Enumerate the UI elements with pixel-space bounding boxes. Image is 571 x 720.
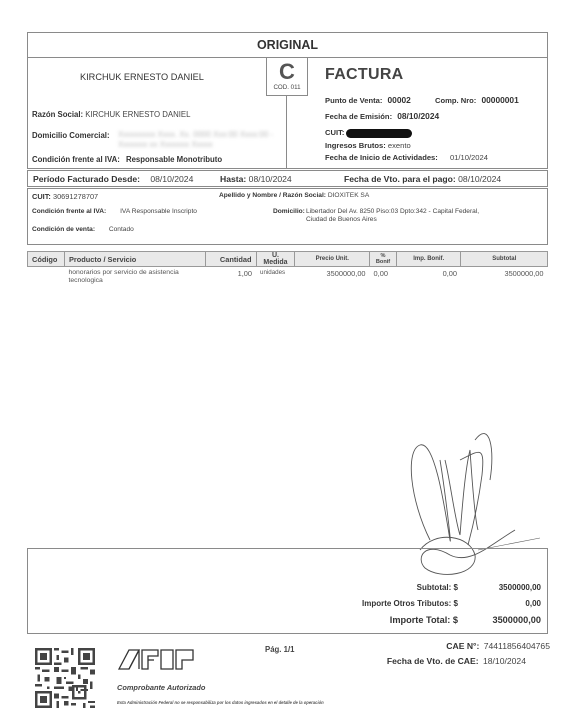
total-value: 3500000,00 xyxy=(492,615,541,625)
period-hasta-value: 08/10/2024 xyxy=(249,174,292,184)
cae-vto: Fecha de Vto. de CAE: 18/10/2024 xyxy=(387,656,526,666)
item-precio: 3500000,00 xyxy=(295,267,370,288)
invoice-letter: C xyxy=(267,59,307,85)
period-desde: Período Facturado Desde: 08/10/2024 xyxy=(33,174,193,184)
punto-venta-value: 00002 xyxy=(388,95,411,105)
client-nombre-value: DIOXITEK SA xyxy=(328,192,369,199)
otros-tributos-value: 0,00 xyxy=(525,599,541,608)
client-cuit: CUIT: 30691278707 xyxy=(32,192,98,201)
client-cuit-value: 30691278707 xyxy=(53,192,98,201)
period-vto-label: Fecha de Vto. para el pago: xyxy=(344,174,456,184)
client-iva: Condición frente al IVA: IVA Responsable… xyxy=(32,208,197,215)
punto-venta: Punto de Venta: 00002 xyxy=(325,95,411,105)
item-subtotal: 3500000,00 xyxy=(461,267,548,288)
copy-type-title: ORIGINAL xyxy=(28,38,547,52)
period-hasta-label: Hasta: xyxy=(220,174,246,184)
issuer-iva-label: Condición frente al IVA: xyxy=(32,155,120,164)
col-unidad: U. Medida xyxy=(256,252,295,267)
col-precio: Precio Unit. xyxy=(295,252,370,267)
col-bonif-pct: % Bonif xyxy=(370,252,397,267)
comp-nro-label: Comp. Nro: xyxy=(435,96,476,105)
total-label: Importe Total: $ xyxy=(390,615,458,625)
qr-code xyxy=(35,648,95,708)
item-unidad: unidades xyxy=(256,267,295,288)
domicilio-comercial-redacted-2: Xxxxxxx xx Xxxxxxx Xxxxx xyxy=(118,140,213,149)
cae-label: CAE N°: xyxy=(446,641,479,651)
client-domicilio-line1: Libertador Del Av. 8250 Piso:03 Dpto:342… xyxy=(306,208,479,215)
item-bonif-pct: 0,00 xyxy=(370,267,397,288)
issuer-razon-social: Razón Social: KIRCHUK ERNESTO DANIEL xyxy=(32,110,190,119)
table-row: honorarios por servicio de asistencia te… xyxy=(28,267,548,288)
items-table: Código Producto / Servicio Cantidad U. M… xyxy=(27,251,548,287)
col-codigo: Código xyxy=(28,252,65,267)
item-bonif-imp: 0,00 xyxy=(396,267,460,288)
period-bar: Período Facturado Desde: 08/10/2024 Hast… xyxy=(27,170,548,187)
issuer-cuit: CUIT: xyxy=(325,128,412,138)
punto-venta-label: Punto de Venta: xyxy=(325,96,382,105)
invoice-code: COD. 011 xyxy=(267,84,307,91)
cae-vto-label: Fecha de Vto. de CAE: xyxy=(387,656,479,666)
client-iva-value: IVA Responsable Inscripto xyxy=(120,208,197,215)
cae-number: CAE N°: 74411856404765 xyxy=(446,641,550,651)
issuer-cuit-redacted xyxy=(346,129,412,138)
col-subtotal: Subtotal xyxy=(461,252,548,267)
item-codigo xyxy=(28,267,65,288)
comprobante-autorizado: Comprobante Autorizado xyxy=(117,683,205,692)
item-producto: honorarios por servicio de asistencia te… xyxy=(64,267,205,288)
afip-logo xyxy=(117,648,195,670)
client-nombre: Apellido y Nombre / Razón Social: DIOXIT… xyxy=(219,192,369,199)
client-domicilio-label: Domicilio: xyxy=(273,208,305,215)
invoice-letter-box: C COD. 011 xyxy=(266,57,308,96)
period-hasta: Hasta: 08/10/2024 xyxy=(220,174,292,184)
razon-social-value: KIRCHUK ERNESTO DANIEL xyxy=(85,110,190,119)
period-desde-value: 08/10/2024 xyxy=(150,174,193,184)
subtotal-value: 3500000,00 xyxy=(499,583,541,592)
col-cantidad: Cantidad xyxy=(205,252,256,267)
afip-disclaimer: Esta Administración Federal no se respon… xyxy=(117,700,324,705)
domicilio-comercial-redacted-1: Xxxxxxxxx Xxxx. Xx. 0000 Xxx:00 Xxxx:00 … xyxy=(118,130,273,139)
item-cantidad: 1,00 xyxy=(205,267,256,288)
client-nombre-label: Apellido y Nombre / Razón Social: xyxy=(219,192,326,199)
client-iva-label: Condición frente al IVA: xyxy=(32,208,106,215)
client-venta: Condición de venta: Contado xyxy=(32,226,134,233)
issuer-iva: Condición frente al IVA: Responsable Mon… xyxy=(32,155,222,164)
inicio-actividades-label: Fecha de Inicio de Actividades: xyxy=(325,153,438,162)
ingresos-brutos: Ingresos Brutos: exento xyxy=(325,141,411,150)
doc-type-title: FACTURA xyxy=(325,66,404,84)
comp-nro: Comp. Nro: 00000001 xyxy=(435,95,519,105)
cae-value: 74411856404765 xyxy=(484,641,550,651)
otros-tributos-label: Importe Otros Tributos: $ xyxy=(362,599,458,608)
client-section: CUIT: 30691278707 Apellido y Nombre / Ra… xyxy=(27,188,548,245)
comp-nro-value: 00000001 xyxy=(481,95,518,105)
page-number: Pág. 1/1 xyxy=(265,645,294,654)
subtotal-label: Subtotal: $ xyxy=(417,583,458,592)
client-domicilio-line2: Ciudad de Buenos Aires xyxy=(306,216,377,223)
period-vto-value: 08/10/2024 xyxy=(458,174,501,184)
period-vto: Fecha de Vto. para el pago: 08/10/2024 xyxy=(344,174,501,184)
period-desde-label: Período Facturado Desde: xyxy=(33,174,140,184)
col-bonif-imp: Imp. Bonif. xyxy=(396,252,460,267)
domicilio-comercial-label: Domicilio Comercial: xyxy=(32,131,110,140)
client-venta-value: Contado xyxy=(109,226,134,233)
fecha-emision-label: Fecha de Emisión: xyxy=(325,112,392,121)
fecha-emision-value: 08/10/2024 xyxy=(397,111,439,121)
cae-vto-value: 18/10/2024 xyxy=(483,656,526,666)
client-venta-label: Condición de venta: xyxy=(32,226,95,233)
item-producto-line1: honorarios por servicio de asistencia xyxy=(68,269,201,277)
inicio-actividades: Fecha de Inicio de Actividades: 01/10/20… xyxy=(325,153,488,162)
razon-social-label: Razón Social: xyxy=(32,110,83,119)
items-header-row: Código Producto / Servicio Cantidad U. M… xyxy=(28,252,548,267)
col-producto: Producto / Servicio xyxy=(64,252,205,267)
totals-section xyxy=(27,548,548,634)
issuer-iva-value: Responsable Monotributo xyxy=(126,155,222,164)
issuer-divider xyxy=(286,96,287,169)
fecha-emision: Fecha de Emisión: 08/10/2024 xyxy=(325,111,439,121)
inicio-actividades-value: 01/10/2024 xyxy=(450,153,488,162)
ingresos-brutos-label: Ingresos Brutos: xyxy=(325,141,386,150)
ingresos-brutos-value: exento xyxy=(388,141,411,150)
client-cuit-label: CUIT: xyxy=(32,192,51,201)
item-producto-line2: tecnologica xyxy=(68,277,201,285)
issuer-cuit-label: CUIT: xyxy=(325,128,344,137)
copy-type-bar: ORIGINAL xyxy=(27,32,548,58)
issuer-name: KIRCHUK ERNESTO DANIEL xyxy=(80,72,204,82)
